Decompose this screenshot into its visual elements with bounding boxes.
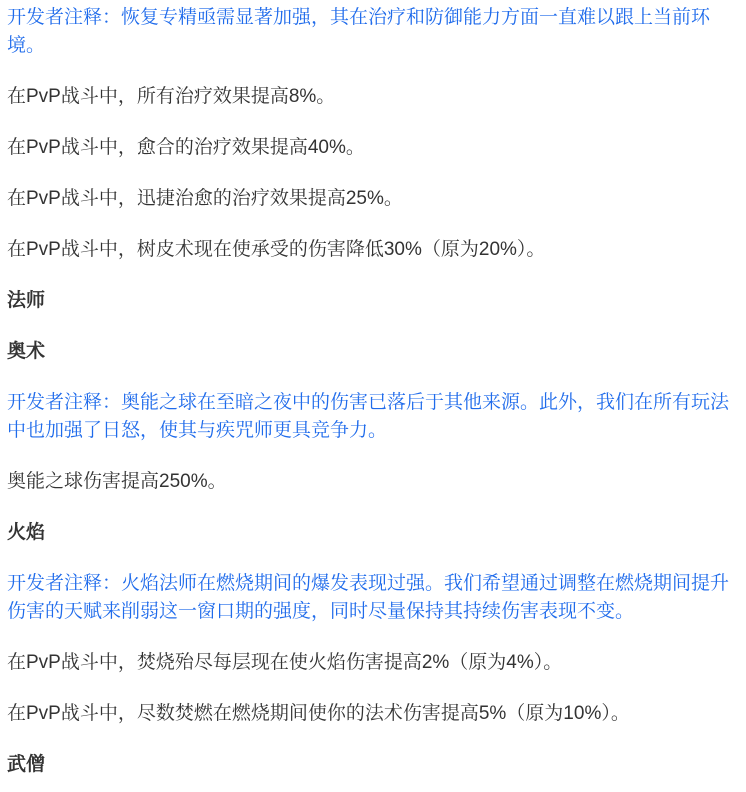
class-heading-monk: 武僧 bbox=[7, 751, 739, 779]
developer-note-arcane: 开发者注释：奥能之球在至暗之夜中的伤害已落后于其他来源。此外，我们在所有玩法中也… bbox=[7, 389, 739, 445]
patch-note-all-healing: 在PvP战斗中，所有治疗效果提高8%。 bbox=[7, 83, 739, 111]
patch-notes-document: 开发者注释：恢复专精亟需显著加强，其在治疗和防御能力方面一直难以跟上当前环境。 … bbox=[0, 0, 746, 779]
patch-note-barkskin: 在PvP战斗中，树皮术现在使承受的伤害降低30%（原为20%）。 bbox=[7, 236, 739, 264]
patch-note-arcane-orb: 奥能之球伤害提高250%。 bbox=[7, 468, 739, 496]
class-heading-mage: 法师 bbox=[7, 287, 739, 315]
patch-note-rejuvenation: 在PvP战斗中，愈合的治疗效果提高40%。 bbox=[7, 134, 739, 162]
spec-heading-arcane: 奥术 bbox=[7, 338, 739, 366]
patch-note-swiftmend: 在PvP战斗中，迅捷治愈的治疗效果提高25%。 bbox=[7, 185, 739, 213]
patch-note-incinerate: 在PvP战斗中，焚烧殆尽每层现在使火焰伤害提高2%（原为4%）。 bbox=[7, 649, 739, 677]
developer-note-restoration: 开发者注释：恢复专精亟需显著加强，其在治疗和防御能力方面一直难以跟上当前环境。 bbox=[7, 4, 739, 60]
patch-note-combustion: 在PvP战斗中，尽数焚燃在燃烧期间使你的法术伤害提高5%（原为10%）。 bbox=[7, 700, 739, 728]
spec-heading-fire: 火焰 bbox=[7, 519, 739, 547]
developer-note-fire: 开发者注释：火焰法师在燃烧期间的爆发表现过强。我们希望通过调整在燃烧期间提升伤害… bbox=[7, 570, 739, 626]
